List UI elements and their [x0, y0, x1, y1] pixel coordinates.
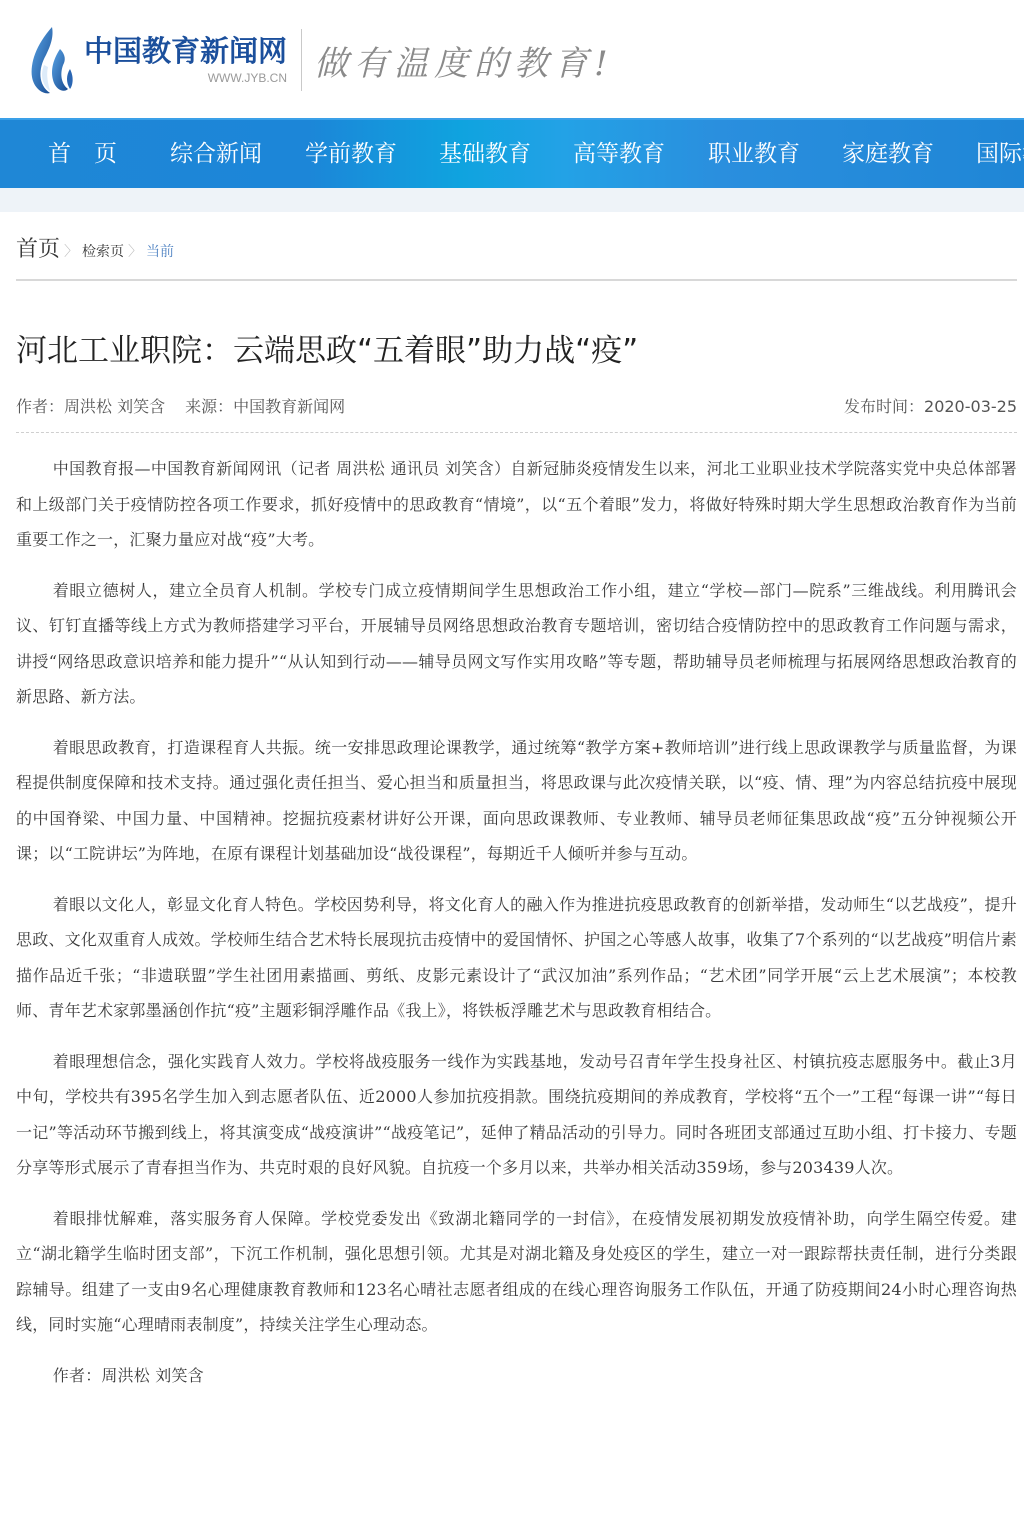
- article-paragraph: 着眼排忧解难，落实服务育人保障。学校党委发出《致湖北籍同学的一封信》，在疫情发展…: [16, 1201, 1017, 1343]
- article-paragraph: 着眼以文化人，彰显文化育人特色。学校因势利导，将文化育人的融入作为推进抗疫思政教…: [16, 887, 1017, 1029]
- logo-title: 中国教育新闻网: [84, 34, 287, 68]
- article-footer-author: 作者：周洪松 刘笑含: [16, 1358, 1017, 1394]
- flame-logo-icon: [26, 25, 76, 95]
- slogan: 做有温度的教育!: [314, 36, 614, 85]
- article-paragraph: 着眼理想信念，强化实践育人效力。学校将战疫服务一线作为实践基地，发动号召青年学生…: [16, 1044, 1017, 1186]
- article-meta: 作者：周洪松 刘笑含来源：中国教育新闻网 发布时间：2020-03-25: [16, 392, 1017, 422]
- meta-author-source: 作者：周洪松 刘笑含来源：中国教育新闻网: [16, 392, 345, 422]
- breadcrumb-search[interactable]: 检索页: [82, 238, 124, 266]
- site-header: 中国教育新闻网 WWW.JYB.CN 做有温度的教育!: [0, 0, 1024, 118]
- nav-item-basic-education[interactable]: 基础教育: [439, 120, 531, 188]
- nav-item-general-news[interactable]: 综合新闻: [170, 120, 262, 188]
- nav-item-preschool[interactable]: 学前教育: [305, 120, 397, 188]
- nav-item-higher-education[interactable]: 高等教育: [573, 120, 665, 188]
- logo-divider: [301, 29, 302, 91]
- nav-item-international[interactable]: 国际教育: [976, 120, 1024, 188]
- chevron-right-icon: 〉: [128, 238, 142, 266]
- article-paragraph: 中国教育报—中国教育新闻网讯（记者 周洪松 通讯员 刘笑含）自新冠肺炎疫情发生以…: [16, 451, 1017, 558]
- author-value: 周洪松 刘笑含: [64, 397, 165, 416]
- breadcrumb-current: 当前: [146, 238, 174, 266]
- nav-item-vocational[interactable]: 职业教育: [708, 120, 800, 188]
- source-label: 来源：: [185, 397, 233, 416]
- meta-divider: [16, 432, 1017, 433]
- article-body: 中国教育报—中国教育新闻网讯（记者 周洪松 通讯员 刘笑含）自新冠肺炎疫情发生以…: [16, 451, 1017, 1408]
- logo-url: WWW.JYB.CN: [208, 70, 287, 86]
- divider-band: [0, 188, 1024, 212]
- source-value: 中国教育新闻网: [233, 397, 345, 416]
- publish-label: 发布时间：: [844, 397, 924, 416]
- breadcrumb: 首页 〉 检索页 〉 当前: [16, 228, 174, 266]
- breadcrumb-home[interactable]: 首页: [16, 234, 60, 266]
- main-nav: 首 页 综合新闻 学前教育 基础教育 高等教育 职业教育 家庭教育 国际教育: [0, 118, 1024, 188]
- publish-date: 2020-03-25: [924, 397, 1017, 416]
- breadcrumb-divider: [16, 279, 1017, 281]
- article-paragraph: 着眼立德树人，建立全员育人机制。学校专门成立疫情期间学生思想政治工作小组，建立“…: [16, 573, 1017, 715]
- article-title: 河北工业职院：云端思政“五着眼”助力战“疫”: [16, 328, 1016, 374]
- chevron-right-icon: 〉: [64, 238, 78, 266]
- nav-item-family[interactable]: 家庭教育: [842, 120, 934, 188]
- article-paragraph: 着眼思政教育，打造课程育人共振。统一安排思政理论课教学，通过统筹“教学方案+教师…: [16, 730, 1017, 872]
- meta-publish-time: 发布时间：2020-03-25: [844, 392, 1017, 422]
- author-label: 作者：: [16, 397, 64, 416]
- site-logo[interactable]: 中国教育新闻网 WWW.JYB.CN 做有温度的教育!: [26, 24, 614, 96]
- nav-item-home[interactable]: 首 页: [48, 120, 117, 188]
